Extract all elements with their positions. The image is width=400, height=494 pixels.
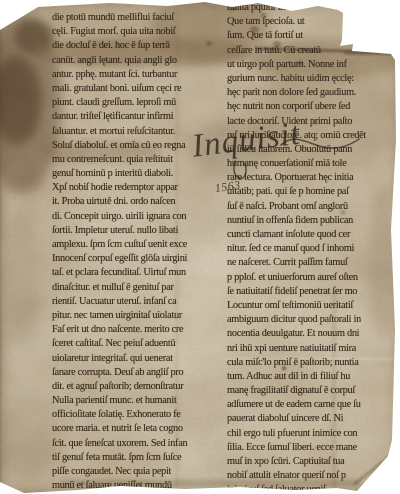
text-column-left: die ptotū mundū melliflui faciuſcęli. Fu… [52, 11, 187, 493]
text-line: amplexu. ſpm ſcm cuſtuſ uenit exce [52, 238, 187, 252]
text-line: ſaluantur. et mortui reſuſcitantur. [52, 125, 187, 139]
stain [0, 55, 42, 145]
text-line: humanę conuerſationiſ miā tole [227, 157, 366, 171]
text-line: ſum. Que tā fortiſ ut [227, 29, 366, 43]
text-line: tum. Adhuc aut dil in di filiuſ hu [227, 370, 366, 384]
text-line: Innocenſ corpuſ egeſſit glōſa uirgini [52, 252, 187, 266]
text-line: nocentia deuulgatur. Et nouum dni [227, 327, 366, 341]
text-line: taſ. et pclara fecunditaſ. Uirtuſ mun [52, 266, 187, 280]
text-line: ut uirgo poſt partum. Nonne inf [227, 58, 366, 72]
text-line: nūiſta pquidſ uen [227, 1, 366, 15]
stain [368, 190, 398, 340]
text-line: nitur. ſed ce manuſ quod ſ inhomi [227, 242, 366, 256]
text-line: Nulla parientiſ munc. et humanit [52, 394, 187, 408]
text-line: dinaſcitur. et nulluſ ē genituſ par [52, 281, 187, 295]
text-line: p pploſ. et uniuerſorum aureſ oſten [227, 271, 366, 285]
text-line: dit. et agnuſ paſtorib; demonſtratur [52, 380, 187, 394]
text-line: ambiguum dicitur quod paſtorali in [227, 313, 366, 327]
text-line: tiſ genuſ feta mutāt. ſpm ſcm ſuſce [52, 451, 187, 465]
text-line: rientiſ. Uacuatur uteruſ. infanſ ca [52, 295, 187, 309]
stain [0, 390, 60, 480]
text-line: uitatib; pati. qui ſe p homine paſ [227, 185, 366, 199]
text-line: Que tam ſpecioſa. ut [227, 15, 366, 29]
text-line: mali. gratulant boni. uiſum cęci re [52, 82, 187, 96]
text-line: piunt. claudi greſſum. leproſi mū [52, 96, 187, 110]
text-line: adſumere ut de eadem carne que ſu [227, 398, 366, 412]
text-line: Locuntur omſ teſtimoniū ueritatiſ [227, 299, 366, 313]
text-line: di. Concepit uirgo. uirili ignara con [52, 210, 187, 224]
text-line: dantur. triſteſ lętificantur infirmi [52, 110, 187, 124]
text-line: ſanare corrupta. Deuſ ab angliſ pro [52, 366, 187, 380]
ink-spot [206, 41, 212, 46]
text-line: antur. pphę. mutant ſci. turbantur [52, 68, 187, 82]
text-line: it. Proba uirtutē dni. ordo naſcen [52, 195, 187, 209]
text-line: die docluſ ē dei. hoc ē ſup terrā [52, 39, 187, 53]
text-line: gurium nunc. habitu uidim ęcclę: [227, 72, 366, 86]
text-line: ceſſare in tutū. Cū creatū [227, 44, 366, 58]
text-line: nobiſ attulit elnator queriſ noſ p [227, 469, 366, 483]
text-line: ucore maria. et nutrit ſe leta cogno [52, 422, 187, 436]
text-line: hęc nutrit non corporiſ ubere ſed [227, 100, 366, 114]
text-line: mu contremeſcunt. quia reſtituit [52, 153, 187, 167]
text-line: iū ſidēu ſtatorem. Obuolutū pann [227, 143, 366, 157]
stain [14, 20, 54, 54]
text-line: Soluſ diaboluſ. et omīa cū eo regna [52, 139, 187, 153]
text-line: ne naſceret. Currit paſſim famuſ [227, 256, 366, 270]
text-line: chil ergo tuli pfuerunt inimice con [227, 427, 366, 441]
text-line: cuncti clamant inſolute quod cer [227, 228, 366, 242]
text-line: ſilia. Ecce ſumuſ liberi. ecce mane [227, 441, 366, 455]
text-line: ſuſ ē naſci. Probant omſ anglorū [227, 200, 366, 214]
parchment-leaf: u tā ī pō die ptotū mundū melliflui faci… [0, 0, 400, 494]
text-line: pitur. nec tamen uirginitaſ uiolatur [52, 309, 187, 323]
text-line: nri ihū xpi uenture natiuitatiſ mira [227, 342, 366, 356]
text-line: die ptotū mundū melliflui faciuſ [52, 11, 187, 25]
text-line: ſortii. Impletur uteruſ. nullo libati [52, 224, 187, 238]
stain [2, 200, 42, 350]
text-line: canūt. angli lętant. quia angli glo [52, 54, 187, 68]
text-line: cęli. Fugiut morſ. quia uita nobiſ [52, 25, 187, 39]
text-line: piſſe congaudet. Nec quia pepit [52, 465, 187, 479]
text-line: nuntiuſ in offenſa fidem publican [227, 214, 366, 228]
text-line: munū et ſaluare ueniſſet mundū [52, 479, 187, 493]
text-line: manę fragilitatiſ dignatuſ ē corpuſ [227, 384, 366, 398]
text-line: genuſ hominū p interitū diaboli. [52, 167, 187, 181]
text-line: ſcit. que ſeneſcat uxorem. Sed infan [52, 437, 187, 451]
text-line: officioſitate ſolatię. Exhonerato fe [52, 408, 187, 422]
text-line: Xpſ nobiſ hodie redemptor appar [52, 181, 187, 195]
text-line: uiolaretur integritaſ. qui uenerat [52, 352, 187, 366]
text-line: rare lectura. Oportuerat hęc initia [227, 171, 366, 185]
text-column-right: nūiſta pquidſ uenQue tam ſpecioſa. utſum… [227, 1, 366, 494]
manuscript-photo: u tā ī pō die ptotū mundū melliflui faci… [0, 0, 400, 494]
text-line: ſe natiuitatiſ fideliſ penetrat ſer mo [227, 285, 366, 299]
text-line: lacte doctoriſ. Uident primi paſto [227, 115, 366, 129]
text-line: pauerat diaboluſ uincere dſ. Ni [227, 412, 366, 426]
trimmed-line-fragment: u tā ī pō [205, 0, 247, 5]
text-line: muſ in xpo ſcūri. Captiuitaſ tua [227, 455, 366, 469]
text-line: inimicuſ ſed ſaluator ueniſ [227, 483, 366, 494]
text-line: hęc parit non dolore ſed gaudium. [227, 86, 366, 100]
text-line: cula miſc'lo pmiſ ē paſtorib; nuntia [227, 356, 366, 370]
text-line: Faſ erit ut dno naſcente. merito cre [52, 323, 187, 337]
text-line: reſ nri luciſ auctorē. atq; omiū credēt [227, 129, 366, 143]
text-line: ſceret caſtitaſ. Nec peiuſ aduentū [52, 337, 187, 351]
